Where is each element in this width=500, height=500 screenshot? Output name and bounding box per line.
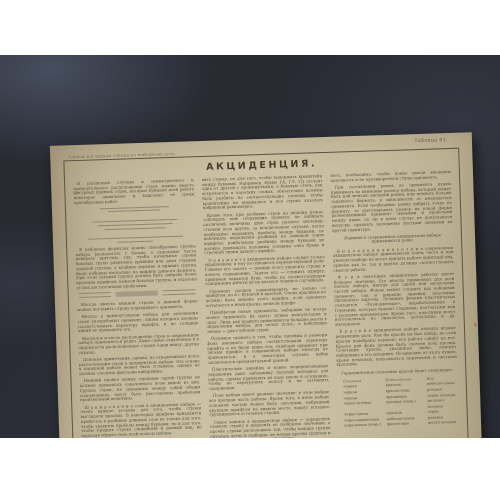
paragraph: Кроме того, при разбивке строк на шпации… [203,210,325,256]
figure-bar-row [79,289,196,298]
paragraph: Основное правило в том, чтобы линейки и … [207,333,329,365]
table-intro: Гармоническое сочетание красок будет сле… [341,368,454,376]
poster-paper: Альбом наглядных таблиц по наборному дел… [50,132,482,438]
paragraph: Ф о н в некоторых акцидентных работах им… [334,272,456,328]
figure-double-rule [79,292,111,298]
table-cell: коричневая (темн.) [338,422,387,429]
figure-centered-rules [74,205,196,244]
poster-border-frame: АКЦИДЕНЦИЯ. В различных случаях и симмет… [63,148,468,438]
paragraph: Выпуклое и косое расположение строк в со… [78,333,199,356]
paragraph: Длинные примечания, однако, не ограничив… [79,354,200,377]
figure-rule-line [100,206,169,209]
column-middle: вить строку, но для того, чтобы выдержат… [202,174,331,438]
paragraph: В различных случаях и симметричного и пр… [73,178,194,205]
paragraph: Пластические линейки и новые модернизова… [208,364,329,391]
table-cell: фиолетовая [387,421,428,428]
paragraph: План набора имеет двоякое значение: в эт… [209,390,330,417]
paragraph: При составлении рамок из орнамента нужно… [331,182,453,233]
text-columns: В различных случаях и симметричного и пр… [65,168,468,438]
paragraph: Иногда в прямоугольном наборе для заполн… [77,311,198,334]
figure-gray-bar [116,291,158,297]
column-left: В различных случаях и симметричного и пр… [73,178,202,438]
section-heading: Новинки в современном акцидентном наборе… [336,233,449,246]
paragraph: Нижний пробел между строками одной групп… [79,376,200,403]
figure-double-rule [163,289,195,295]
paragraph: Ш а к и р о в а н и е слов в акцидентном… [80,402,202,438]
poster-table-number: Таблица 61. [414,138,448,144]
figure-rule-line [108,210,160,213]
paragraph: К р а с к и в акцидентном наборе нередко… [335,326,457,368]
column-right: него, необходимо, чтобы новые имели внеш… [330,170,459,438]
photo-background: Альбом наглядных таблиц по наборному дел… [0,55,500,438]
paper-stain [474,322,477,327]
figure-rule-line [88,236,183,240]
paragraph: В ы к л а д к и и в и н ь е т к и в совр… [333,246,454,273]
figure-rule-line [97,223,172,226]
table-cell: желто-зеленая [428,420,459,427]
paragraph: О р н а м е н т в акцидентном наборе слу… [204,255,326,287]
paragraph: Самое важное в акцидентном наборе — опре… [209,417,330,438]
paragraph: В наборных формулах можно своеобразные г… [75,244,197,290]
figure-rule-line [105,227,165,230]
paragraph: вить строку, но для того, чтобы выдержат… [202,174,324,211]
paragraph: Приобретая новые орнаменты, наборщик не … [206,307,327,334]
color-table: Основная Подчиненная Фон черная красная … [337,376,459,430]
figure-rule-line [117,241,153,243]
paragraph: Орнамент должен гармонировать не только … [205,286,326,309]
